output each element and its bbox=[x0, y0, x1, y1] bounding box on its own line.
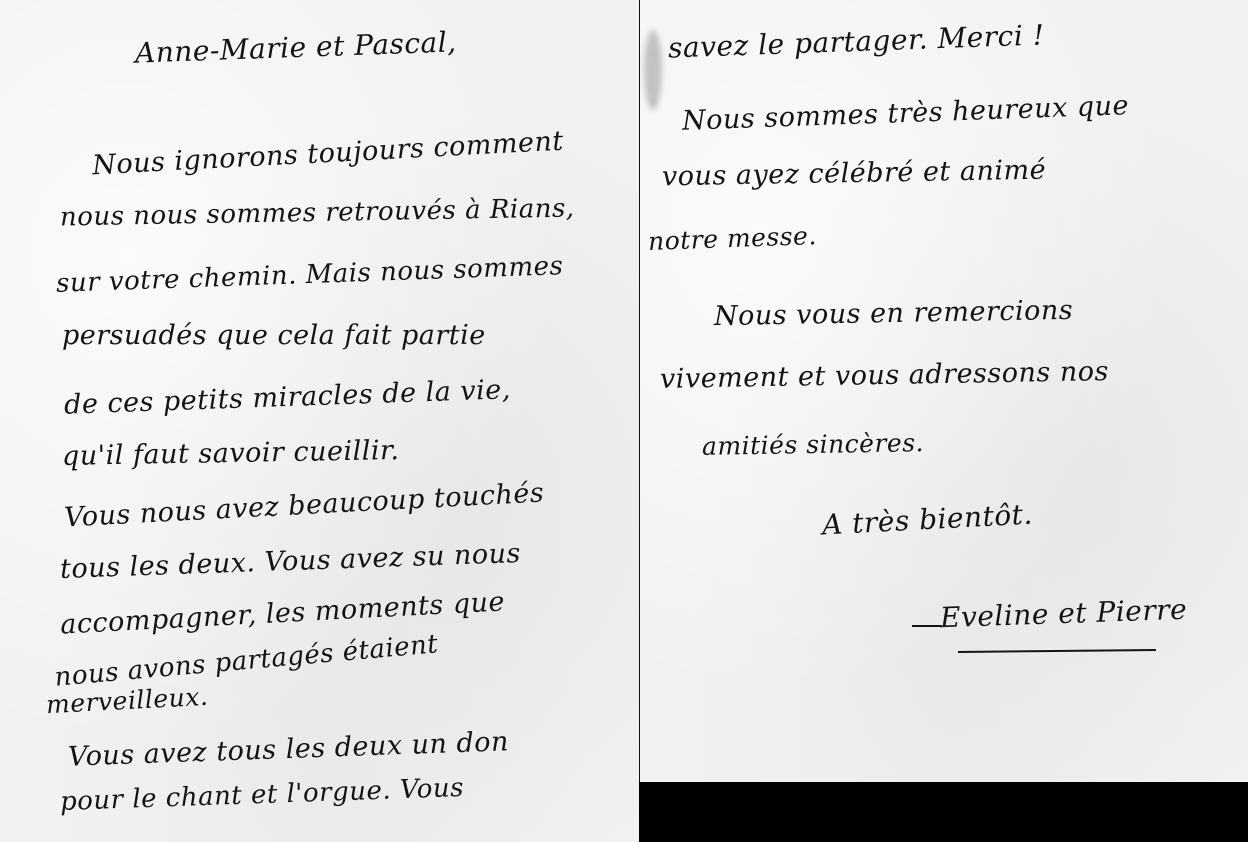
letter-line: Nous ignorons toujours comment bbox=[92, 128, 565, 180]
letter-line: qu'il faut savoir cueillir. bbox=[62, 437, 400, 470]
letter-line: vivement et vous adressons nos bbox=[660, 358, 1109, 393]
salutation: Anne-Marie et Pascal, bbox=[135, 28, 457, 67]
letter-scan: Anne-Marie et Pascal, Nous ignorons touj… bbox=[0, 0, 1248, 842]
signature-dash bbox=[912, 625, 942, 627]
signature: Eveline et Pierre bbox=[940, 596, 1188, 633]
letter-line: Vous nous avez beaucoup touchés bbox=[64, 479, 545, 531]
right-page: savez le partager. Merci ! Nous sommes t… bbox=[640, 0, 1248, 782]
letter-line: notre messe. bbox=[648, 223, 818, 254]
letter-line: tous les deux. Vous avez su nous bbox=[60, 540, 522, 583]
letter-line: merveilleux. bbox=[45, 684, 208, 717]
letter-line: Vous avez tous les deux un don bbox=[68, 728, 510, 770]
letter-line: nous nous sommes retrouvés à Rians, bbox=[60, 196, 575, 231]
letter-line: nous avons partagés étaient bbox=[54, 631, 440, 690]
closing: A très bientôt. bbox=[821, 501, 1033, 540]
letter-line: savez le partager. Merci ! bbox=[668, 21, 1045, 62]
left-page: Anne-Marie et Pascal, Nous ignorons touj… bbox=[0, 0, 639, 842]
letter-line: Nous vous en remercions bbox=[714, 297, 1074, 330]
ink-smudge bbox=[644, 30, 662, 110]
letter-line: sur votre chemin. Mais nous sommes bbox=[56, 253, 564, 297]
scan-black-area bbox=[640, 782, 1248, 842]
letter-line: Nous sommes très heureux que bbox=[682, 92, 1130, 135]
letter-line: amitiés sincères. bbox=[702, 430, 924, 459]
letter-line: accompagner, les moments que bbox=[60, 588, 506, 638]
letter-line: persuadés que cela fait partie bbox=[62, 322, 486, 349]
letter-line: de ces petits miracles de la vie, bbox=[64, 376, 512, 419]
letter-line: pour le chant et l'orgue. Vous bbox=[60, 775, 465, 815]
letter-line: vous ayez célébré et animé bbox=[662, 157, 1046, 191]
signature-underline bbox=[958, 649, 1156, 653]
